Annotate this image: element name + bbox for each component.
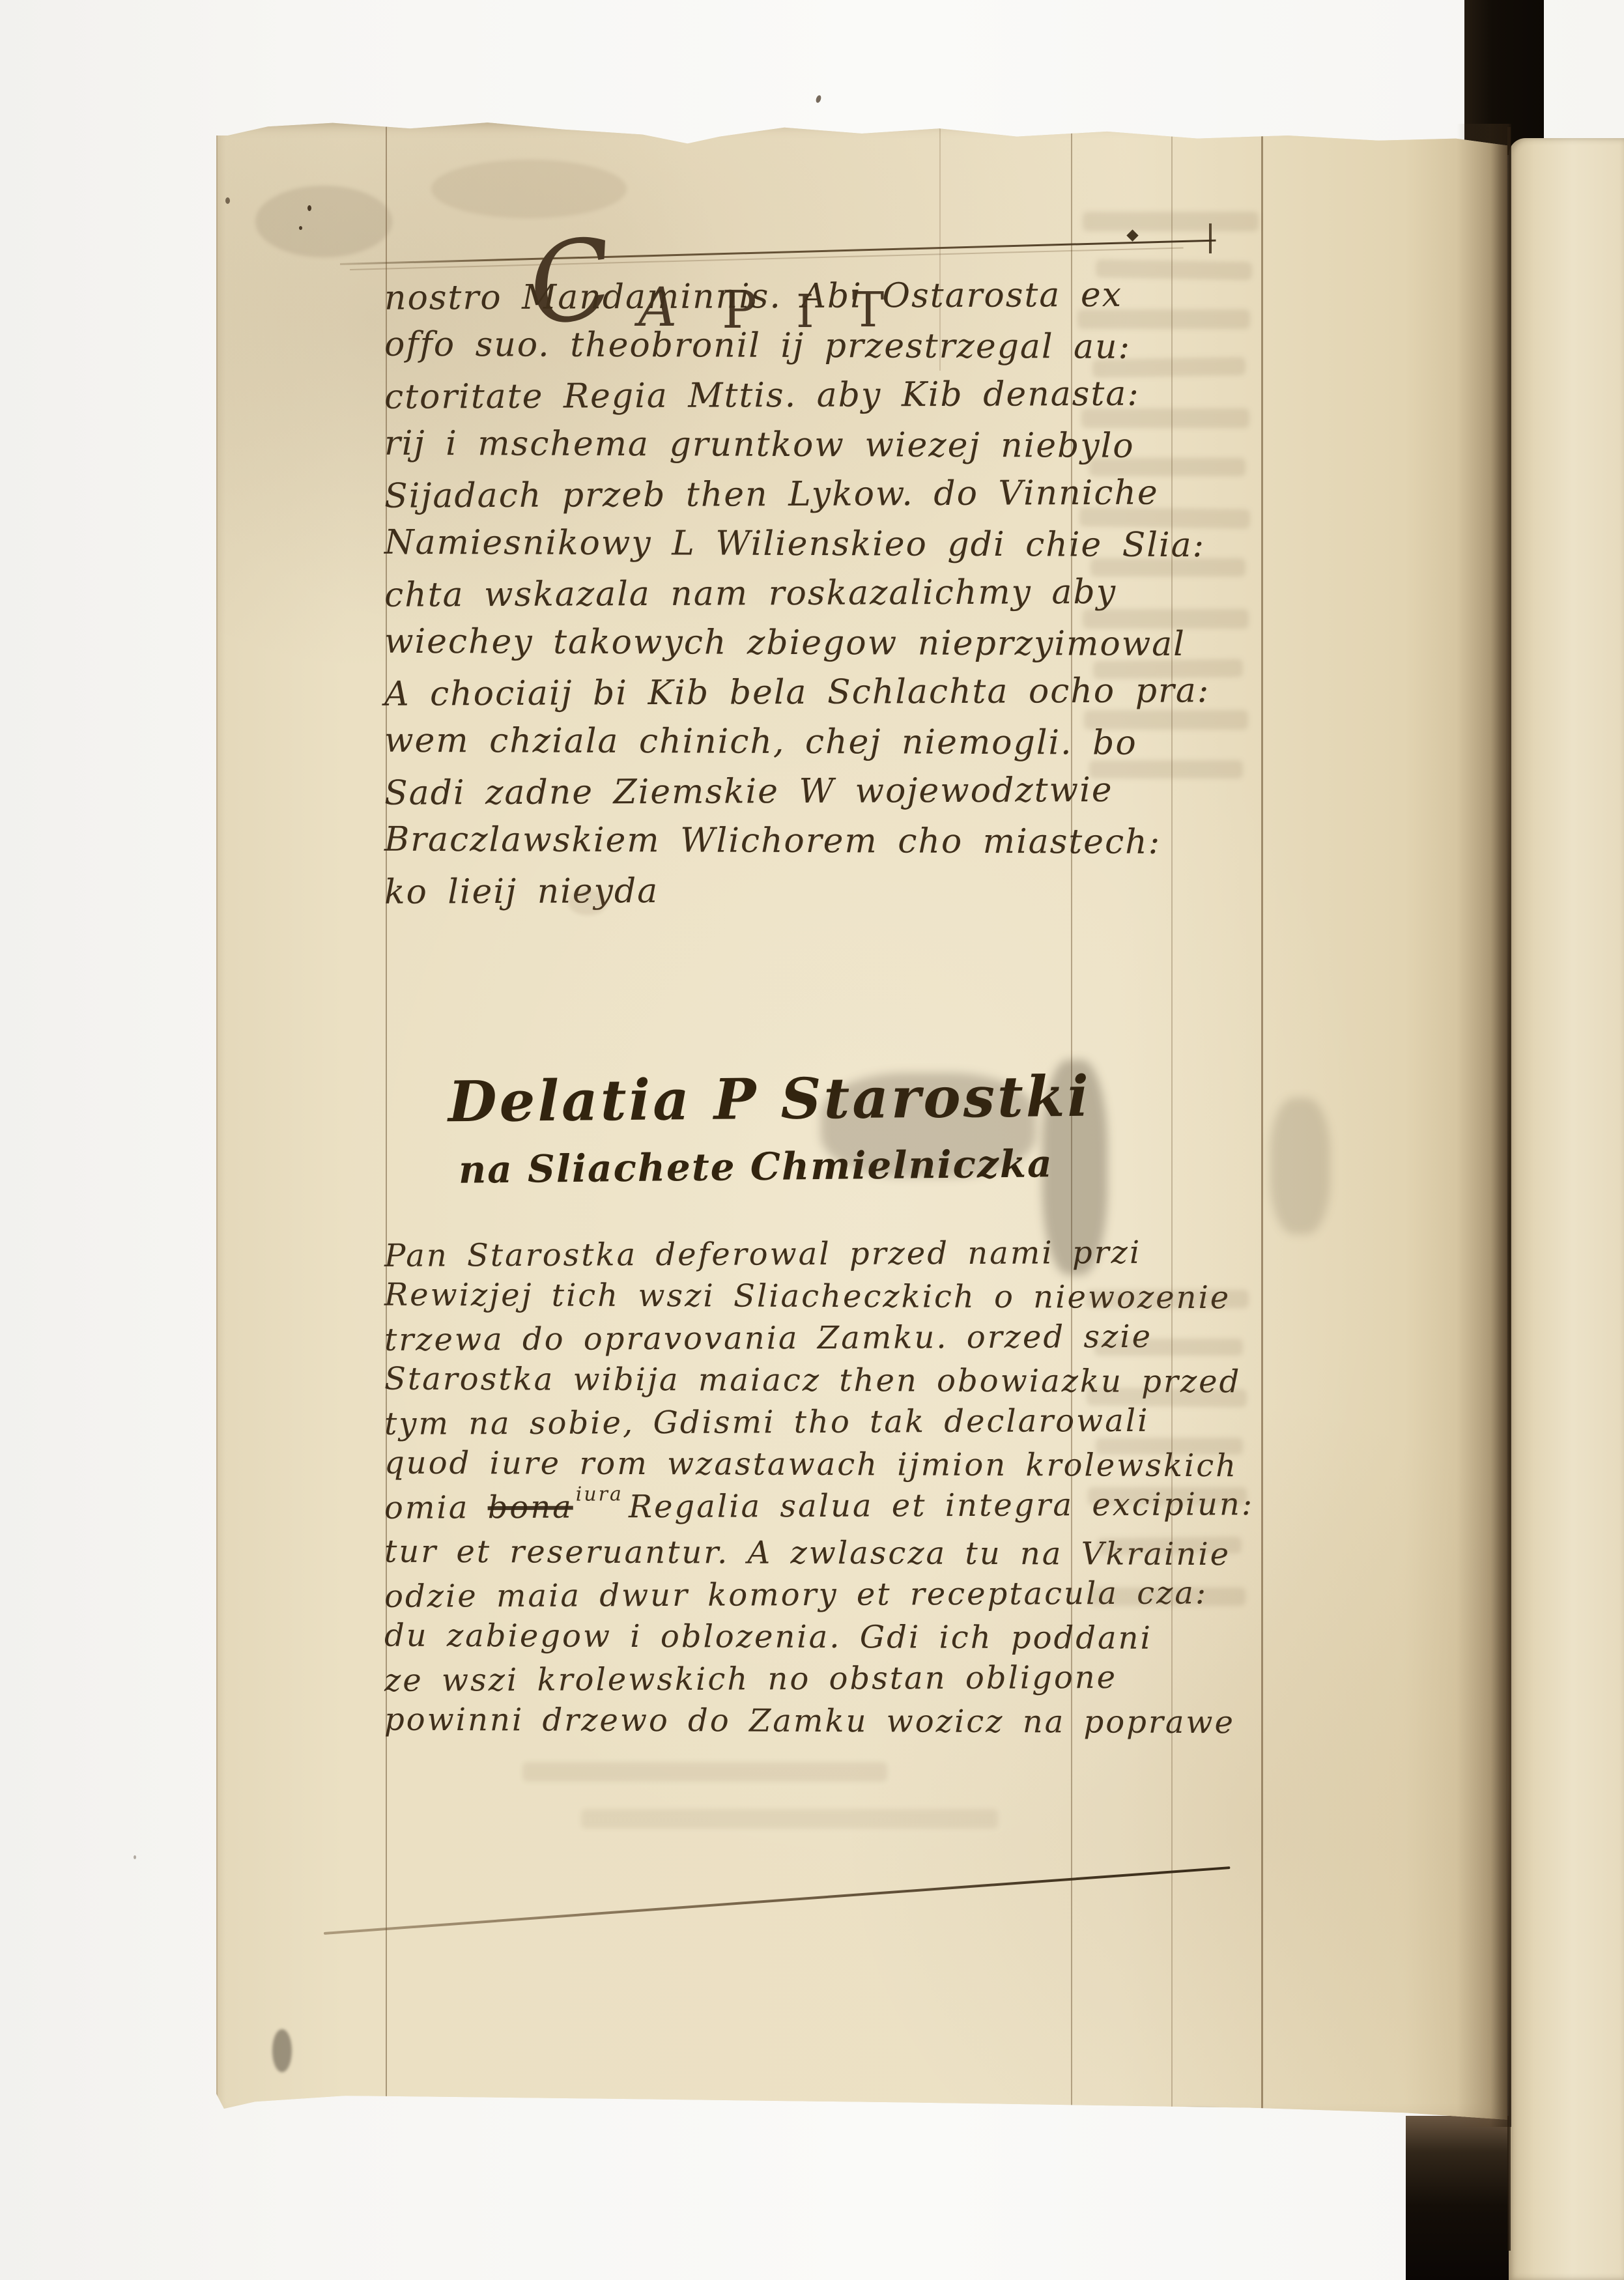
bleedthrough-streak	[1084, 710, 1248, 730]
bleedthrough-streak	[1093, 659, 1243, 679]
bleedthrough-streak	[1083, 212, 1259, 231]
bleedthrough-streak	[1089, 1588, 1246, 1606]
bleedthrough-streak	[1086, 1290, 1249, 1308]
paper-stain	[568, 889, 607, 915]
gutter-shadow	[1457, 124, 1511, 2127]
bleedthrough-streak	[1092, 357, 1246, 378]
paper-stain	[255, 186, 392, 257]
gutter-crease-line	[1507, 127, 1511, 2251]
bleedthrough-streak	[1087, 1387, 1247, 1407]
next-page-edge	[1509, 138, 1624, 2280]
interlinear-insertion: iura	[576, 1474, 623, 1516]
bleedthrough-streak	[522, 1762, 887, 1782]
struck-word: bona	[488, 1489, 573, 1526]
bleedthrough-streak	[1094, 1339, 1243, 1356]
margin-rule-right	[1261, 126, 1263, 2118]
ink-speck	[299, 226, 302, 230]
line-segment: omia	[384, 1489, 488, 1526]
manuscript-line: ko lieij nieyda	[384, 864, 1210, 917]
bleedthrough-streak	[1083, 609, 1249, 629]
manuscript-line: Braczlawskiem Wlichorem cho miastech:	[384, 815, 1210, 867]
manuscript-line: du zabiegow i oblozenia. Gdi ich poddani	[384, 1614, 1254, 1659]
ink-bleed-smudge	[1270, 1098, 1330, 1234]
dust-fleck	[134, 1855, 136, 1859]
bleedthrough-streak	[1081, 408, 1249, 428]
bleedthrough-streak	[1090, 558, 1246, 577]
ink-bleed-smudge	[821, 1073, 1036, 1177]
manuscript-line: ze wszi krolewskich no obstan obligone	[384, 1656, 1254, 1702]
ink-speck	[225, 197, 230, 204]
bleedthrough-streak	[1089, 760, 1243, 778]
rule-diamond-mark	[1126, 229, 1138, 241]
bottom-edge-smudge	[272, 2029, 292, 2072]
bleedthrough-streak	[1077, 309, 1250, 329]
ink-bleed-smudge	[1042, 1060, 1107, 1275]
manuscript-line: Pan Starostka deferowal przed nami przi	[384, 1231, 1254, 1277]
bleedthrough-streak	[1096, 259, 1252, 280]
manuscript-line: Sadi zadne Ziemskie W wojewodztwie	[384, 765, 1210, 818]
bleedthrough-streak	[1089, 458, 1246, 476]
text-block-1: nostro Mandaminnis. Abi Ostarosta ex off…	[384, 272, 1210, 915]
bleedthrough-streak	[1088, 1487, 1247, 1505]
bleedthrough-streak	[1097, 1537, 1242, 1556]
book-cover-bottom	[1406, 2116, 1524, 2280]
manuscript-page: C A P I T nostro Mandaminnis. Abi Ostaro…	[216, 121, 1507, 2122]
bleedthrough-streak	[1079, 507, 1250, 529]
bottom-rule-line	[324, 1866, 1231, 1935]
manuscript-line: powinni drzewo do Zamku wozicz na popraw…	[384, 1698, 1254, 1743]
paper-stain	[431, 160, 627, 218]
bleedthrough-streak	[1096, 1438, 1243, 1455]
ink-speck	[307, 205, 311, 211]
bleedthrough-streak	[581, 1809, 998, 1829]
